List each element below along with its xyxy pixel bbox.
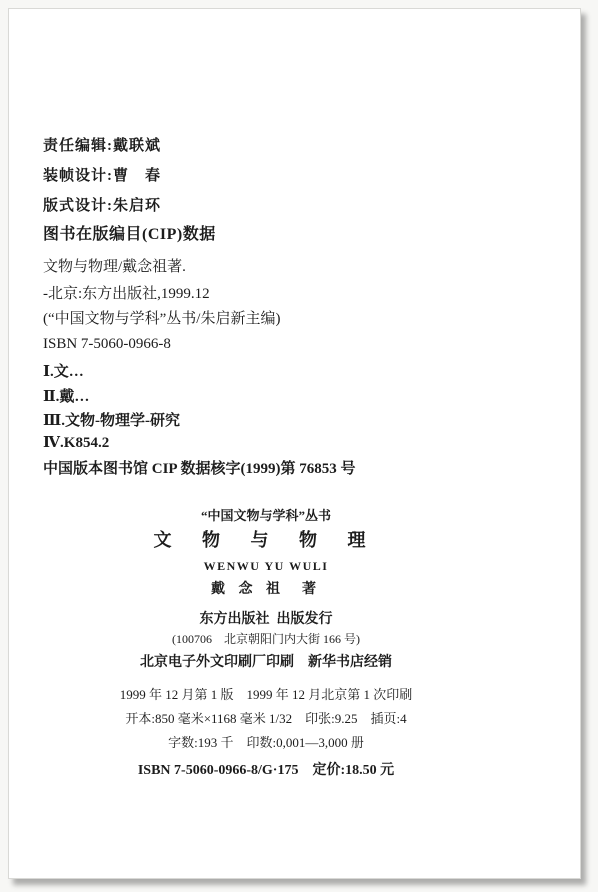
layout-design-line: 版式设计:朱启环	[43, 199, 161, 214]
cip-record-number: 中国版本图书馆 CIP 数据核字(1999)第 76853 号	[43, 462, 356, 477]
cip-item-3: Ⅲ.文物-物理学-研究	[43, 414, 180, 429]
isbn-price-line: ISBN 7-5060-0966-8/G·175 定价:18.50 元	[9, 764, 523, 778]
format-line: 开本:850 毫米×1168 毫米 1/32 印张:9.25 插页:4	[9, 712, 523, 725]
series-name: “中国文物与学科”丛书	[9, 509, 523, 522]
cip-series-line: (“中国文物与学科”丛书/朱启新主编)	[43, 312, 280, 327]
book-title-pinyin: WENWU YU WULI	[9, 560, 523, 572]
responsible-editor-line: 责任编辑:戴联斌	[43, 139, 161, 154]
publisher-line: 东方出版社 出版发行	[9, 613, 523, 627]
printer-distributor-line: 北京电子外文印刷厂印刷 新华书店经销	[9, 656, 523, 670]
publisher-address: (100706 北京朝阳门内大街 166 号)	[9, 633, 523, 645]
cip-heading: 图书在版编目(CIP)数据	[43, 227, 216, 243]
print-run-line: 字数:193 千 印数:0,001—3,000 册	[9, 736, 523, 749]
cip-title-line: 文物与物理/戴念祖著.	[43, 260, 186, 275]
cip-publisher-line: -北京:东方出版社,1999.12	[43, 287, 210, 302]
cip-item-2: Ⅱ.戴…	[43, 390, 89, 405]
binding-design-line: 装帧设计:曹 春	[43, 169, 161, 184]
cip-item-1: Ⅰ.文…	[43, 365, 84, 380]
book-title: 文 物 与 物 理	[9, 531, 523, 549]
author-name: 戴 念 祖 著	[9, 583, 523, 597]
cip-item-4: Ⅳ.K854.2	[43, 436, 109, 451]
cip-isbn-line: ISBN 7-5060-0966-8	[43, 337, 171, 352]
edition-line: 1999 年 12 月第 1 版 1999 年 12 月北京第 1 次印刷	[9, 688, 523, 701]
book-copyright-page: 责任编辑:戴联斌 装帧设计:曹 春 版式设计:朱启环 图书在版编目(CIP)数据…	[8, 8, 581, 879]
